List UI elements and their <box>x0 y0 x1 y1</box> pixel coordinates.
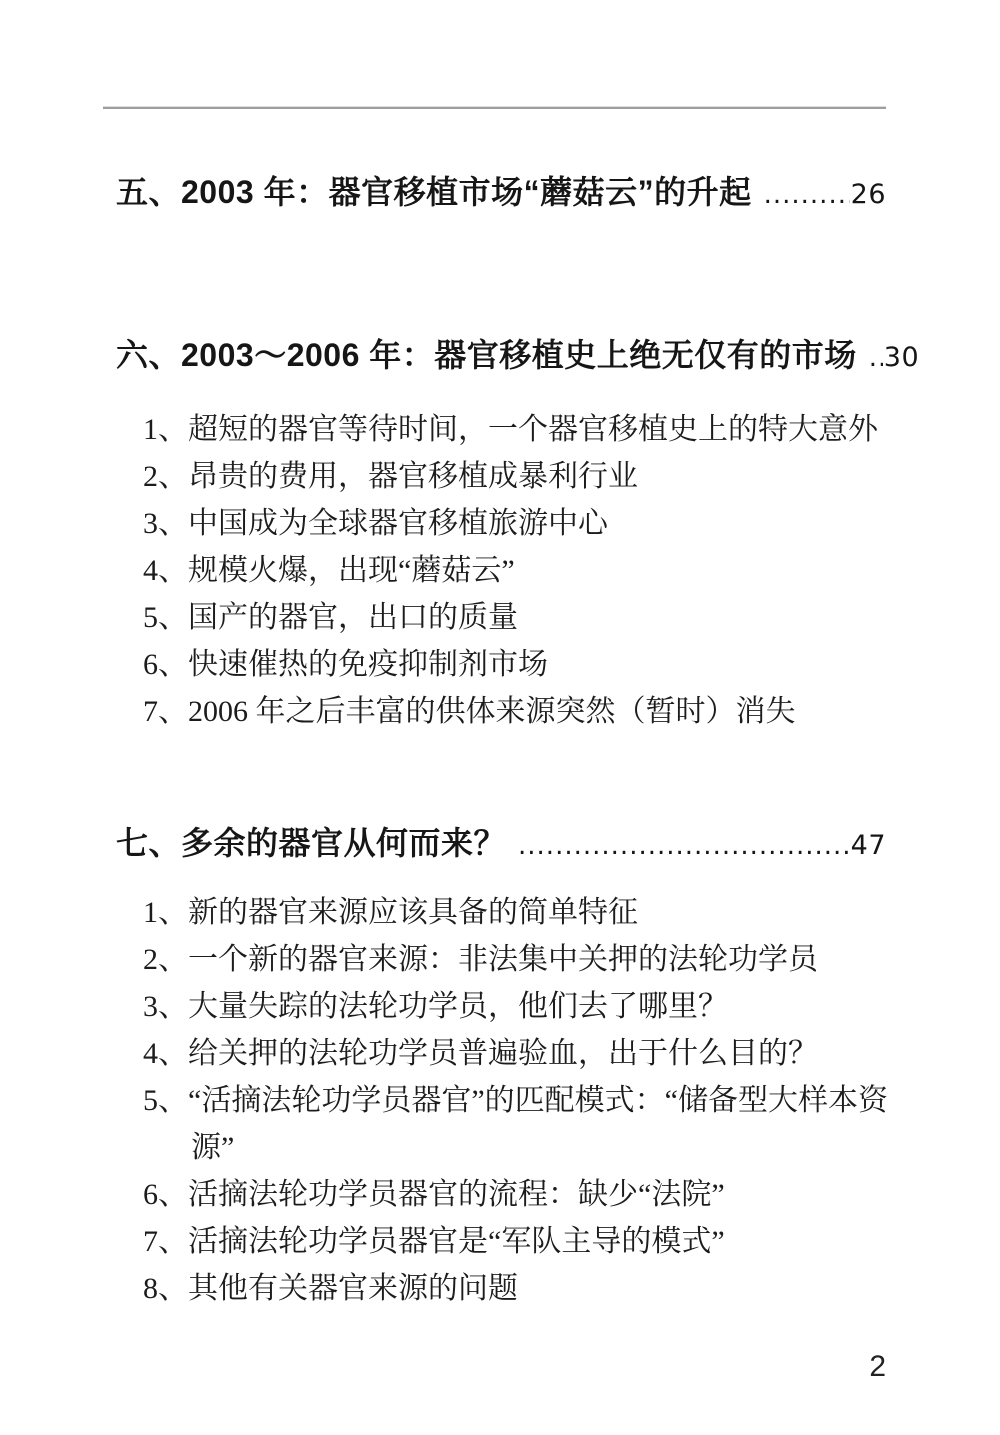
toc-item: 2、昂贵的费用，器官移植成暴利行业 <box>143 453 893 500</box>
section-heading: 五、2003 年：器官移植市场“蘑菇云”的升起 26 <box>116 170 886 217</box>
dot-leader-icon <box>518 824 850 868</box>
toc-item: 6、快速催热的免疫抑制剂市场 <box>143 641 893 688</box>
section-page-number: 30 <box>884 336 919 380</box>
toc-section: 五、2003 年：器官移植市场“蘑菇云”的升起 26 <box>116 170 886 217</box>
section-title: 七、多余的器官从何而来？ <box>116 821 506 865</box>
dot-leader-icon <box>869 336 883 380</box>
section-heading: 六、2003～2006 年：器官移植史上绝无仅有的市场 30 <box>116 333 886 380</box>
section-heading: 七、多余的器官从何而来？ 47 <box>116 821 886 868</box>
toc-page: 五、2003 年：器官移植市场“蘑菇云”的升起 26 六、2003～2006 年… <box>0 0 1000 1435</box>
dot-leader-icon <box>764 173 850 217</box>
section-title: 五、2003 年：器官移植市场“蘑菇云”的升起 <box>116 170 752 214</box>
section-page-number: 47 <box>851 824 886 868</box>
toc-item: 8、其他有关器官来源的问题 <box>143 1265 893 1312</box>
section-items: 1、新的器官来源应该具备的简单特征2、一个新的器官来源：非法集中关押的法轮功学员… <box>143 889 893 1312</box>
toc-item: 5、国产的器官，出口的质量 <box>143 594 893 641</box>
toc-item: 7、活摘法轮功学员器官是“军队主导的模式” <box>143 1218 893 1265</box>
toc-item: 4、规模火爆，出现“蘑菇云” <box>143 547 893 594</box>
toc-item: 7、2006 年之后丰富的供体来源突然（暂时）消失 <box>143 688 893 735</box>
section-title: 六、2003～2006 年：器官移植史上绝无仅有的市场 <box>116 333 857 377</box>
toc-item: 5、“活摘法轮功学员器官”的匹配模式：“储备型大样本资源” <box>143 1077 893 1171</box>
section-items: 1、超短的器官等待时间，一个器官移植史上的特大意外2、昂贵的费用，器官移植成暴利… <box>143 406 893 735</box>
toc-item: 6、活摘法轮功学员器官的流程：缺少“法院” <box>143 1171 893 1218</box>
toc-item: 1、新的器官来源应该具备的简单特征 <box>143 889 893 936</box>
toc-section: 六、2003～2006 年：器官移植史上绝无仅有的市场 30 1、超短的器官等待… <box>116 333 886 735</box>
toc-item: 3、中国成为全球器官移植旅游中心 <box>143 500 893 547</box>
page-number: 2 <box>116 1350 886 1384</box>
toc-item: 3、大量失踪的法轮功学员，他们去了哪里？ <box>143 983 893 1030</box>
toc-item: 4、给关押的法轮功学员普遍验血，出于什么目的？ <box>143 1030 893 1077</box>
toc-section: 七、多余的器官从何而来？ 47 1、新的器官来源应该具备的简单特征2、一个新的器… <box>116 821 886 1312</box>
toc-item: 2、一个新的器官来源：非法集中关押的法轮功学员 <box>143 936 893 983</box>
toc-content: 五、2003 年：器官移植市场“蘑菇云”的升起 26 六、2003～2006 年… <box>116 0 886 1312</box>
toc-item: 1、超短的器官等待时间，一个器官移植史上的特大意外 <box>143 406 893 453</box>
section-page-number: 26 <box>851 173 886 217</box>
